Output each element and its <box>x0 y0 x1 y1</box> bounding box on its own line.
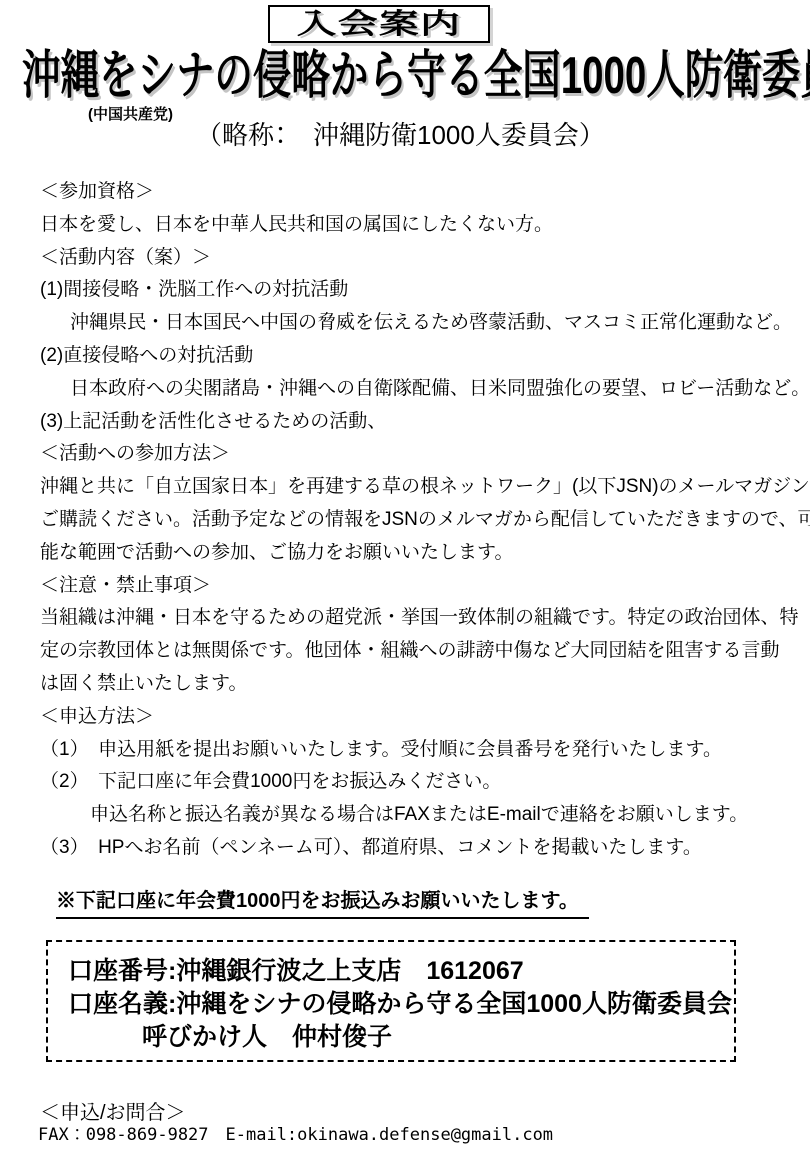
body-line: ご購読ください。活動予定などの情報をJSNのメルマガから配信していただきますので… <box>40 504 800 537</box>
membership-guide-banner: 入会案内 <box>268 5 490 43</box>
body-line: は固く禁止いたします。 <box>40 668 800 701</box>
page-title-text: 沖縄をシナの侵略から守る全国1000人防衛委員会 <box>22 49 810 104</box>
body-line: (2)直接侵略への対抗活動 <box>40 340 800 373</box>
body-line: 申込名称と振込名義が異なる場合はFAXまたはE-mailで連絡をお願いします。 <box>40 799 800 832</box>
page-title: 沖縄をシナの侵略から守る全国1000人防衛委員会 <box>22 49 810 105</box>
body-line: 沖縄県民・日本国民へ中国の脅威を伝えるため啓蒙活動、マスコミ正常化運動など。 <box>40 307 800 340</box>
body-line: (1)間接侵略・洗脳工作への対抗活動 <box>40 274 800 307</box>
account-number-line: 口座番号:沖縄銀行波之上支店 1612067 <box>68 955 734 988</box>
section-heading-application: ＜申込方法＞ <box>40 701 800 734</box>
account-info-box: 口座番号:沖縄銀行波之上支店 1612067 口座名義:沖縄をシナの侵略から守る… <box>46 940 736 1062</box>
organization-abbreviation: （略称： 沖縄防衛1000人委員会） <box>196 120 605 151</box>
body-line: （3） HPへお名前（ペンネーム可）、都道府県、コメントを掲載いたします。 <box>40 832 800 865</box>
banner-title: 入会案内 <box>297 10 462 38</box>
account-info-inner: 口座番号:沖縄銀行波之上支店 1612067 口座名義:沖縄をシナの侵略から守る… <box>48 942 734 1054</box>
document-body: ＜参加資格＞ 日本を愛し、日本を中華人民共和国の属国にしたくない方。 ＜活動内容… <box>40 176 800 865</box>
contact-heading: ＜申込/お問合＞ <box>40 1100 186 1126</box>
body-line: 日本政府への尖閣諸島・沖縄への自衛隊配備、日米同盟強化の要望、ロビー活動など。 <box>40 373 800 406</box>
section-heading-participation: ＜活動への参加方法＞ <box>40 438 800 471</box>
body-line: （1） 申込用紙を提出お願いいたします。受付順に会員番号を発行いたします。 <box>40 734 800 767</box>
body-line: 日本を愛し、日本を中華人民共和国の属国にしたくない方。 <box>40 209 800 242</box>
body-line: (3)上記活動を活性化させるための活動、 <box>40 406 800 439</box>
body-line: 定の宗教団体とは無関係です。他団体・組織への誹謗中傷など大同団結を阻害する言動 <box>40 635 800 668</box>
body-line: （2） 下記口座に年会費1000円をお振込みください。 <box>40 766 800 799</box>
transfer-notice: ※下記口座に年会費1000円をお振込みお願いいたします。 <box>56 884 589 919</box>
section-heading-prohibitions: ＜注意・禁止事項＞ <box>40 570 800 603</box>
body-line: 沖縄と共に「自立国家日本」を再建する草の根ネットワーク」(以下JSN)のメールマ… <box>40 471 800 504</box>
account-name-line: 口座名義:沖縄をシナの侵略から守る全国1000人防衛委員会 <box>68 988 734 1021</box>
transfer-notice-text: ※下記口座に年会費1000円をお振込みお願いいたします。 <box>56 884 589 919</box>
body-line: 当組織は沖縄・日本を守るための超党派・挙国一致体制の組織です。特定の政治団体、特 <box>40 602 800 635</box>
representative-line: 呼びかけ人 仲村俊子 <box>68 1021 734 1054</box>
contact-fax-email: FAX：098-869-9827 E-mail:okinawa.defense@… <box>38 1124 553 1148</box>
section-heading-qualification: ＜参加資格＞ <box>40 176 800 209</box>
body-line: 能な範囲で活動への参加、ご協力をお願いいたします。 <box>40 537 800 570</box>
membership-guide-page: 入会案内 沖縄をシナの侵略から守る全国1000人防衛委員会 (中国共産党) （略… <box>0 0 810 1170</box>
title-annotation: (中国共産党) <box>88 106 173 124</box>
section-heading-activities: ＜活動内容（案）＞ <box>40 242 800 275</box>
